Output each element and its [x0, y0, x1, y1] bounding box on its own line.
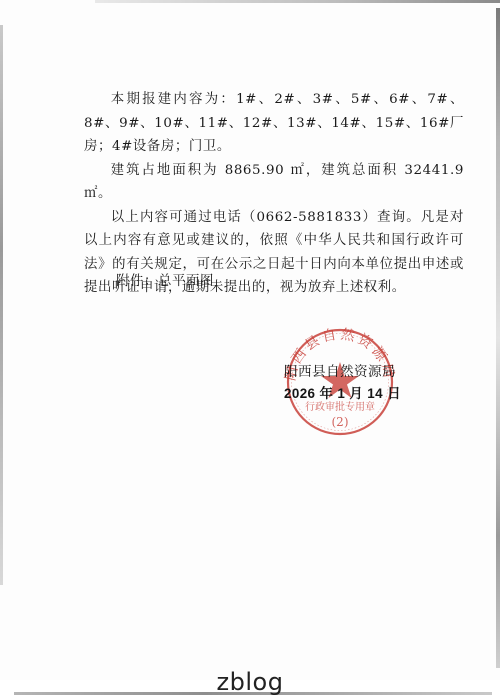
page-top-edge	[95, 0, 500, 3]
page-left-edge	[0, 25, 3, 585]
notice-body: 本期报建内容为：1#、2#、3#、5#、6#、7#、8#、9#、10#、11#、…	[84, 88, 464, 300]
signing-date: 2026 年 1 月 14 日	[284, 383, 414, 402]
watermark-text: zblog	[0, 668, 500, 696]
paragraph-building-area: 建筑占地面积为 8865.90 ㎡，建筑总面积 32441.9 ㎡。	[84, 159, 464, 206]
svg-text:(2): (2)	[332, 415, 349, 429]
attachment-line: 附件：总平面图	[116, 270, 214, 289]
official-seal-icon: 阳西县自然资源局 行政审批专用章 (2)	[281, 326, 399, 438]
scanned-page: 本期报建内容为：1#、2#、3#、5#、6#、7#、8#、9#、10#、11#、…	[0, 0, 500, 680]
signing-organization: 阳西县自然资源局	[284, 360, 414, 380]
paragraph-construction-scope: 本期报建内容为：1#、2#、3#、5#、6#、7#、8#、9#、10#、11#、…	[84, 88, 464, 159]
page-right-edge	[496, 8, 500, 668]
